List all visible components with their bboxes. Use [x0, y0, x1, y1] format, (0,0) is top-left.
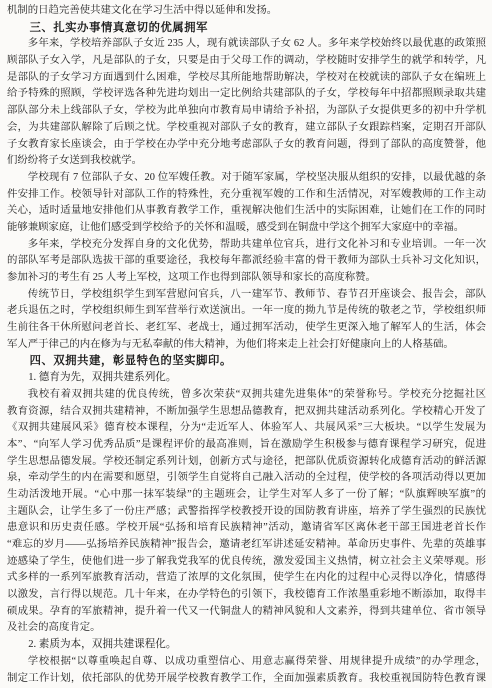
text-line: 部队部分未上线部队子女，学校为此单独向市教育局申请给予补招，为部队子女提供更多的…: [7, 103, 486, 120]
section-heading: 三、扎实办事情真意切的优属拥军: [7, 20, 486, 37]
text-line: 《双拥共建展风采》德育校本课程，分为“走近军人、体验军人、共展风采”三大板块。“…: [7, 420, 486, 437]
text-line: 本”、“向军人学习优秀品质”是课程评价的最高准则，旨在激励学生积极参与德育课程学…: [7, 437, 486, 454]
text-line: 2. 素质为本，双拥共建课程化。: [7, 637, 486, 654]
text-line: 教育资源，结合双拥共建精神，不断加强学生思想品德教育，把双拥共建活动系列化。学校…: [7, 404, 486, 421]
text-line: 及社会的高度肯定。: [7, 620, 486, 637]
text-line: 三、扎实办事情真意切的优属拥军: [7, 20, 486, 37]
paragraph: 多年来，学校充分发挥自身的文化优势，帮助共建单位官兵，进行文化补习和专业培训。一…: [7, 237, 486, 287]
text-line: 关心，适时适量地安排他们从事教育教学工作，重视解决他们生活中的实际困难，让她们在…: [7, 203, 486, 220]
paragraph: 机制的日趋完善使共建文化在学习生活中得以延伸和发扬。: [7, 3, 486, 20]
text-line: 子女教育家长座谈会，由于学校在办学中充分地考虑部队子女的教育问题，得到了部队的高…: [7, 137, 486, 154]
text-line: 患意识和历史责任感。学校开展“弘扬和培育民族精神”活动，邀请省军区离休老干部王国…: [7, 520, 486, 537]
numbered-subheading: 1. 德育为先，双拥共建系列化。: [7, 370, 486, 387]
text-line: 制定工作计划，依托部队的优势开展学校教育教学工作，全面加强素质教育。我校重视国防…: [7, 671, 486, 688]
text-line: 学生思想品德发展。学校还制定系列计划，创新方式与途径，把部队优质资源转化成德育活…: [7, 454, 486, 471]
text-line: 的部队军考是部队选拔干部的重要途径，我校每年都派经验丰富的骨干教师为部队士兵补习…: [7, 253, 486, 270]
paragraph: 多年来，学校培养部队子女近 235 人，现有就读部队子女 62 人。多年来学校始…: [7, 36, 486, 170]
paragraph: 学校根据“以尊重唤起自尊、以成功重塑信心、用意志赢得荣誉、用规律提升成绩”的办学…: [7, 654, 486, 687]
section-heading: 四、双拥共建，彰显特色的坚实脚印。: [7, 353, 486, 370]
text-line: 老兵退伍之时，学校组织师生到军营举行欢送演出。一年一度的拗九节是传统的敬老之节，…: [7, 303, 486, 320]
text-line: 们纷纷将子女送到我校就学。: [7, 153, 486, 170]
text-line: 生前往各干休所慰问老首长、老红军、老战士，通过拥军活动，使学生更深入地了解军人的…: [7, 320, 486, 337]
text-line: 是部队的子女学习方面遇到什么困难，学校尽其所能地帮助解决，学校对在校就读的部队子…: [7, 70, 486, 87]
text-line: 顾部队子女入学，凡是部队的子女，只要是由于父母工作的调动，学校随时安排学生的就学…: [7, 53, 486, 70]
text-line: 学校现有 7 位部队子女、20 位军嫂任教。对于随军家属，学校坚决服从组织的安排…: [7, 170, 486, 187]
text-line: 四、双拥共建，彰显特色的坚实脚印。: [7, 353, 486, 370]
text-line: 生动活泼地开展。“心中那一抹军装绿”的主题班会，让学生对军人多了一份了解；“队旗…: [7, 487, 486, 504]
text-line: 泉，牵动学生的内在需要和愿望，引领学生自觉将自己融入活动的全过程，使学校的各项活…: [7, 470, 486, 487]
text-line: 1. 德育为先，双拥共建系列化。: [7, 370, 486, 387]
text-line: 会，为共建部队解除了后顾之忧。学校重视对部队子女的教育，建立部队子女跟踪档案，定…: [7, 120, 486, 137]
text-line: 迹感染了学生，使他们进一步了解我党我军的优良传统，激发爱国主义热情，树立社会主义…: [7, 554, 486, 571]
numbered-subheading: 2. 素质为本，双拥共建课程化。: [7, 637, 486, 654]
text-line: 传统节日，学校组织学生到军营慰问官兵，八一建军节、教师节、春节召开座谈会、报告会…: [7, 287, 486, 304]
text-line: 能够兼顾家庭，让他们感受到学校给予的关怀和温暖，感受到在铜盘中学这个拥军大家庭中…: [7, 220, 486, 237]
text-line: 主题队会，让学生多了一份庄严感；武警指挥学校教授开设的国防教育讲座，培养了学生强…: [7, 504, 486, 521]
text-line: 我校有着双拥共建的优良传统，曾多次荣获“双拥共建先进集体”的荣誉称号。学校充分挖…: [7, 387, 486, 404]
text-line: 多年来，学校培养部队子女近 235 人，现有就读部队子女 62 人。多年来学校始…: [7, 36, 486, 53]
text-line: 以激发，言行得以规范。几十年来，在办学特色的引领下，我校德育工作浓墨重彩地不断添…: [7, 587, 486, 604]
text-line: 参加补习的考生有 25 人考上军校，这项工作也得到部队领导和家长的高度称赞。: [7, 270, 486, 287]
text-line: 机制的日趋完善使共建文化在学习生活中得以延伸和发扬。: [7, 3, 486, 20]
text-line: 式多样的一系列军旅教育活动，营造了浓厚的文化氛围，使学生在内化的过程中心灵得以净…: [7, 570, 486, 587]
text-line: 多年来，学校充分发挥自身的文化优势，帮助共建单位官兵，进行文化补习和专业培训。一…: [7, 237, 486, 254]
paragraph: 传统节日，学校组织学生到军营慰问官兵，八一建军节、教师节、春节召开座谈会、报告会…: [7, 287, 486, 354]
document-page: 机制的日趋完善使共建文化在学习生活中得以延伸和发扬。三、扎实办事情真意切的优属拥…: [0, 0, 492, 688]
text-line: 军人严于律己的内在修为与无私奉献的伟大精神，为他们将来走上社会打好健康向上的人格…: [7, 337, 486, 354]
text-line: 硕成果。孕育的军旅精神，提升着一代又一代铜盘人的精神风貌和人文素养，得到共建单位…: [7, 604, 486, 621]
text-line: 件安排工作。校领导针对部队工作的特殊性，充分重视军嫂的工作和生活情况，对军嫂教师…: [7, 187, 486, 204]
text-line: 学校根据“以尊重唤起自尊、以成功重塑信心、用意志赢得荣誉、用规律提升成绩”的办学…: [7, 654, 486, 671]
paragraph: 学校现有 7 位部队子女、20 位军嫂任教。对于随军家属，学校坚决服从组织的安排…: [7, 170, 486, 237]
document-body: 机制的日趋完善使共建文化在学习生活中得以延伸和发扬。三、扎实办事情真意切的优属拥…: [7, 3, 486, 687]
paragraph: 我校有着双拥共建的优良传统，曾多次荣获“双拥共建先进集体”的荣誉称号。学校充分挖…: [7, 387, 486, 637]
text-line: “难忘的岁月——弘扬培养民族精神”报告会，邀请老红军讲述延安精神。革命历史事件、…: [7, 537, 486, 554]
text-line: 给予特殊的照顾，学校评选各种先进均划出一定比例给共建部队的子女，学校每年中招都照…: [7, 86, 486, 103]
